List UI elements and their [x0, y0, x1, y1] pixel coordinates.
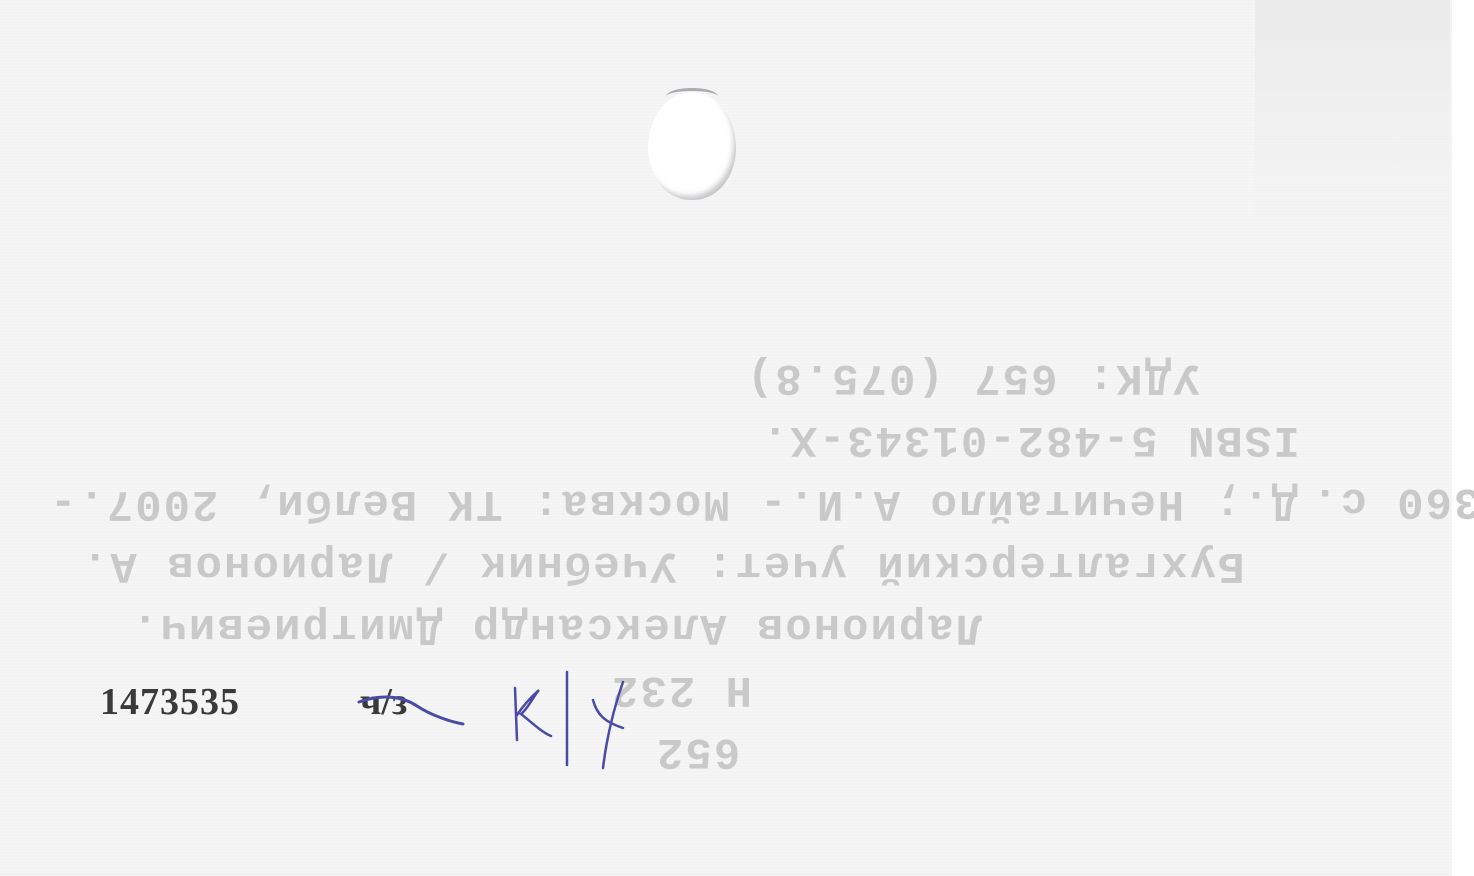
handwritten-note-glyphs [505, 660, 645, 770]
inventory-number: 1473535 [100, 680, 240, 724]
card-foreground: 1473535 ч/з к/х [0, 0, 1474, 876]
strikethrough-mark [357, 688, 465, 728]
